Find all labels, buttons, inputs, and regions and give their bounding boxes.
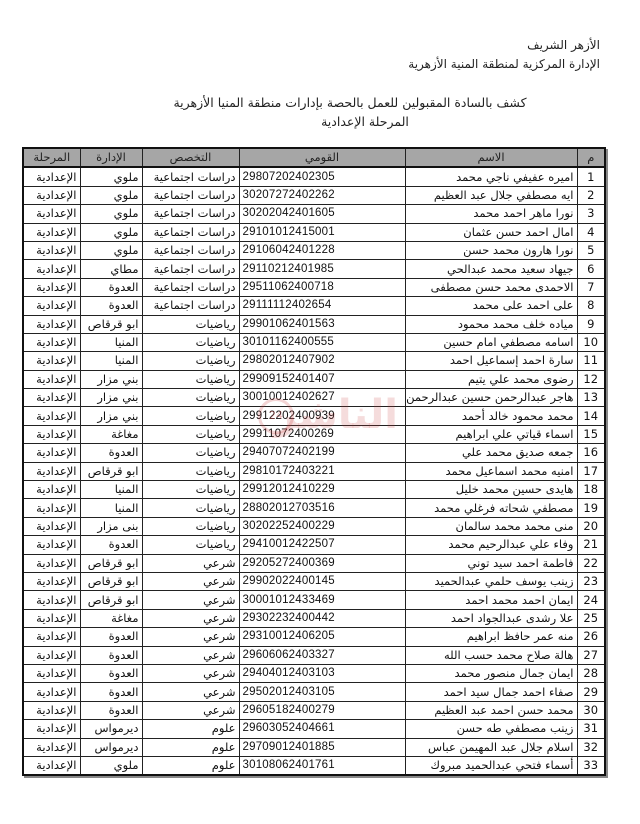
stage-cell: الإعدادية [23, 186, 80, 204]
specialization-cell: رياضيات [142, 315, 239, 333]
person-name-cell: اسامه مصطفي امام حسين [405, 333, 577, 351]
specialization-cell: دراسات اجتماعية [142, 167, 239, 186]
national-id-cell: 30101162400555 [239, 333, 405, 351]
org-name: الأزهر الشريف [527, 38, 600, 52]
table-row: 32اسلام جلال عبد المهيمن عباس29709012401… [23, 738, 605, 756]
national-id-cell: 29709012401885 [239, 738, 405, 756]
specialization-cell: رياضيات [142, 352, 239, 370]
person-name-cell: امال احمد حسن عثمان [405, 223, 577, 241]
table-row: 18هايدى حسين محمد خليل29912012410229رياض… [23, 481, 605, 499]
person-name-cell: محمد حسن احمد عبد العظيم [405, 701, 577, 719]
person-name-cell: ايمان جمال منصور محمد [405, 664, 577, 682]
person-name-cell: على احمد على محمد [405, 297, 577, 315]
specialization-cell: رياضيات [142, 333, 239, 351]
row-number-cell: 23 [577, 572, 605, 590]
national-id-cell: 30001012433469 [239, 591, 405, 609]
stage-cell: الإعدادية [23, 389, 80, 407]
row-number-cell: 30 [577, 701, 605, 719]
person-name-cell: فاطمة احمد سيد توني [405, 554, 577, 572]
specialization-cell: رياضيات [142, 536, 239, 554]
administration-cell: المنيا [80, 333, 142, 351]
row-number-cell: 2 [577, 186, 605, 204]
specialization-cell: شرعي [142, 664, 239, 682]
row-number-cell: 19 [577, 499, 605, 517]
administration-cell: ابو قرقاص [80, 315, 142, 333]
table-row: 9مياده خلف محمد محمود29901062401563رياضي… [23, 315, 605, 333]
table-row: 4امال احمد حسن عثمان29101012415001دراسات… [23, 223, 605, 241]
person-name-cell: اسماء قياتي علي ابراهيم [405, 425, 577, 443]
national-id-cell: 29605182400279 [239, 701, 405, 719]
table-row: 15اسماء قياتي علي ابراهيم29911072400269ر… [23, 425, 605, 443]
row-number-cell: 3 [577, 205, 605, 223]
administration-cell: ديرمواس [80, 720, 142, 738]
stage-cell: الإعدادية [23, 370, 80, 388]
table-row: 30محمد حسن احمد عبد العظيم29605182400279… [23, 701, 605, 719]
row-number-cell: 13 [577, 389, 605, 407]
national-id-cell: 29912202400939 [239, 407, 405, 425]
table-row: 11سارة احمد إسماعيل احمد29802012407902ري… [23, 352, 605, 370]
table-row: 27هالة صلاح محمد حسب الله29606062403327ش… [23, 646, 605, 664]
row-number-cell: 29 [577, 683, 605, 701]
administration-cell: بني مزار [80, 407, 142, 425]
specialization-cell: دراسات اجتماعية [142, 260, 239, 278]
table-row: 1اميره عفيفي ناجي محمد29807202402305دراس… [23, 167, 605, 186]
national-id-cell: 29310012406205 [239, 628, 405, 646]
stage-cell: الإعدادية [23, 297, 80, 315]
row-number-cell: 18 [577, 481, 605, 499]
administration-cell: العدوة [80, 701, 142, 719]
specialization-cell: رياضيات [142, 462, 239, 480]
col-header-name: الاسم [405, 148, 577, 167]
national-id-cell: 29810172403221 [239, 462, 405, 480]
row-number-cell: 16 [577, 444, 605, 462]
specialization-cell: شرعي [142, 554, 239, 572]
national-id-cell: 30207272402262 [239, 186, 405, 204]
administration-cell: العدوة [80, 646, 142, 664]
administration-cell: المنيا [80, 352, 142, 370]
stage-cell: الإعدادية [23, 683, 80, 701]
row-number-cell: 6 [577, 260, 605, 278]
table-header-row: م الاسم القومي التخصص الإدارة المرحلة [23, 148, 605, 167]
row-number-cell: 21 [577, 536, 605, 554]
stage-cell: الإعدادية [23, 536, 80, 554]
row-number-cell: 9 [577, 315, 605, 333]
administration-cell: ملوي [80, 756, 142, 775]
table-row: 22فاطمة احمد سيد توني29205272400369شرعيا… [23, 554, 605, 572]
national-id-cell: 29807202402305 [239, 167, 405, 186]
national-id-cell: 30202252400229 [239, 517, 405, 535]
table-row: 13هاجر عبدالرحمن حسين عبدالرحمن300100124… [23, 389, 605, 407]
stage-cell: الإعدادية [23, 241, 80, 259]
national-id-cell: 29111112402654 [239, 297, 405, 315]
specialization-cell: شرعي [142, 628, 239, 646]
col-header-number: م [577, 148, 605, 167]
specialization-cell: دراسات اجتماعية [142, 223, 239, 241]
org-department: الإدارة المركزية لمنطقة المنية الأزهرية [408, 57, 600, 71]
stage-cell: الإعدادية [23, 756, 80, 775]
row-number-cell: 8 [577, 297, 605, 315]
person-name-cell: محمد محمود خالد أحمد [405, 407, 577, 425]
administration-cell: ابو قرقاص [80, 572, 142, 590]
table-row: 10اسامه مصطفي امام حسين30101162400555ريا… [23, 333, 605, 351]
specialization-cell: شرعي [142, 572, 239, 590]
specialization-cell: دراسات اجتماعية [142, 186, 239, 204]
administration-cell: بني مزار [80, 389, 142, 407]
row-number-cell: 27 [577, 646, 605, 664]
national-id-cell: 30202042401605 [239, 205, 405, 223]
administration-cell: ملوي [80, 186, 142, 204]
national-id-cell: 29902022400145 [239, 572, 405, 590]
person-name-cell: صفاء احمد جمال سيد احمد [405, 683, 577, 701]
accepted-staff-table: م الاسم القومي التخصص الإدارة المرحلة 1ا… [22, 147, 606, 776]
national-id-cell: 29603052404661 [239, 720, 405, 738]
person-name-cell: وفاء علي عبدالرحيم محمد [405, 536, 577, 554]
person-name-cell: منى محمد محمد سالمان [405, 517, 577, 535]
table-row: 8على احمد على محمد29111112402654دراسات ا… [23, 297, 605, 315]
administration-cell: العدوة [80, 628, 142, 646]
person-name-cell: ايمان احمد محمد احمد [405, 591, 577, 609]
stage-cell: الإعدادية [23, 278, 80, 296]
national-id-cell: 29502012403105 [239, 683, 405, 701]
table-row: 28ايمان جمال منصور محمد29404012403103شرع… [23, 664, 605, 682]
administration-cell: العدوة [80, 278, 142, 296]
col-header-stage: المرحلة [23, 148, 80, 167]
row-number-cell: 25 [577, 609, 605, 627]
person-name-cell: هاجر عبدالرحمن حسين عبدالرحمن [405, 389, 577, 407]
person-name-cell: امنيه محمد اسماعيل محمد [405, 462, 577, 480]
administration-cell: بنى مزار [80, 517, 142, 535]
national-id-cell: 30010012402627 [239, 389, 405, 407]
document-subtitle: المرحلة الإعدادية [0, 114, 640, 129]
person-name-cell: علا رشدى عبدالجواد احمد [405, 609, 577, 627]
row-number-cell: 11 [577, 352, 605, 370]
specialization-cell: رياضيات [142, 499, 239, 517]
national-id-cell: 28802012703516 [239, 499, 405, 517]
national-id-cell: 29404012403103 [239, 664, 405, 682]
person-name-cell: اسلام جلال عبد المهيمن عباس [405, 738, 577, 756]
stage-cell: الإعدادية [23, 720, 80, 738]
table-row: 31زينب مصطفي طه حسن29603052404661علومدير… [23, 720, 605, 738]
table-row: 14محمد محمود خالد أحمد29912202400939رياض… [23, 407, 605, 425]
table-row: 29صفاء احمد جمال سيد احمد29502012403105ش… [23, 683, 605, 701]
table-body: 1اميره عفيفي ناجي محمد29807202402305دراس… [23, 167, 605, 775]
national-id-cell: 29410012422507 [239, 536, 405, 554]
row-number-cell: 12 [577, 370, 605, 388]
specialization-cell: دراسات اجتماعية [142, 241, 239, 259]
row-number-cell: 17 [577, 462, 605, 480]
national-id-cell: 29106042401228 [239, 241, 405, 259]
person-name-cell: هالة صلاح محمد حسب الله [405, 646, 577, 664]
table-row: 16جمعه صديق محمد علي29407072402199رياضيا… [23, 444, 605, 462]
stage-cell: الإعدادية [23, 352, 80, 370]
person-name-cell: منه عمر حافظ ابراهيم [405, 628, 577, 646]
administration-cell: المنيا [80, 499, 142, 517]
stage-cell: الإعدادية [23, 407, 80, 425]
person-name-cell: اميره عفيفي ناجي محمد [405, 167, 577, 186]
table-row: 3نورا ماهر احمد محمد30202042401605دراسات… [23, 205, 605, 223]
stage-cell: الإعدادية [23, 572, 80, 590]
stage-cell: الإعدادية [23, 701, 80, 719]
person-name-cell: مياده خلف محمد محمود [405, 315, 577, 333]
row-number-cell: 22 [577, 554, 605, 572]
stage-cell: الإعدادية [23, 646, 80, 664]
stage-cell: الإعدادية [23, 462, 80, 480]
stage-cell: الإعدادية [23, 628, 80, 646]
stage-cell: الإعدادية [23, 260, 80, 278]
national-id-cell: 29901062401563 [239, 315, 405, 333]
row-number-cell: 4 [577, 223, 605, 241]
row-number-cell: 31 [577, 720, 605, 738]
person-name-cell: نورا ماهر احمد محمد [405, 205, 577, 223]
stage-cell: الإعدادية [23, 444, 80, 462]
administration-cell: ابو قرقاص [80, 462, 142, 480]
col-header-specialization: التخصص [142, 148, 239, 167]
specialization-cell: رياضيات [142, 444, 239, 462]
table-row: 7الاحمدى محمد حسن مصطفى29511062400718درا… [23, 278, 605, 296]
specialization-cell: رياضيات [142, 517, 239, 535]
row-number-cell: 7 [577, 278, 605, 296]
administration-cell: العدوة [80, 683, 142, 701]
specialization-cell: رياضيات [142, 481, 239, 499]
stage-cell: الإعدادية [23, 738, 80, 756]
table-row: 6جيهاد سعيد محمد عبدالحي29110212401985در… [23, 260, 605, 278]
row-number-cell: 24 [577, 591, 605, 609]
national-id-cell: 29407072402199 [239, 444, 405, 462]
national-id-cell: 29912012410229 [239, 481, 405, 499]
person-name-cell: نورا هارون محمد حسن [405, 241, 577, 259]
person-name-cell: زينب مصطفي طه حسن [405, 720, 577, 738]
stage-cell: الإعدادية [23, 609, 80, 627]
stage-cell: الإعدادية [23, 517, 80, 535]
national-id-cell: 29911072400269 [239, 425, 405, 443]
specialization-cell: دراسات اجتماعية [142, 205, 239, 223]
stage-cell: الإعدادية [23, 664, 80, 682]
table-row: 5نورا هارون محمد حسن29106042401228دراسات… [23, 241, 605, 259]
administration-cell: مغاغة [80, 425, 142, 443]
person-name-cell: رضوى محمد علي يتيم [405, 370, 577, 388]
national-id-cell: 29909152401407 [239, 370, 405, 388]
specialization-cell: شرعي [142, 646, 239, 664]
col-header-national-id: القومي [239, 148, 405, 167]
specialization-cell: علوم [142, 738, 239, 756]
row-number-cell: 14 [577, 407, 605, 425]
person-name-cell: سارة احمد إسماعيل احمد [405, 352, 577, 370]
person-name-cell: الاحمدى محمد حسن مصطفى [405, 278, 577, 296]
table-row: 12رضوى محمد علي يتيم29909152401407رياضيا… [23, 370, 605, 388]
table-row: 25علا رشدى عبدالجواد احمد29302232400442ش… [23, 609, 605, 627]
specialization-cell: شرعي [142, 683, 239, 701]
national-id-cell: 29110212401985 [239, 260, 405, 278]
row-number-cell: 5 [577, 241, 605, 259]
administration-cell: العدوة [80, 536, 142, 554]
administration-cell: بني مزار [80, 370, 142, 388]
stage-cell: الإعدادية [23, 167, 80, 186]
stage-cell: الإعدادية [23, 425, 80, 443]
specialization-cell: رياضيات [142, 407, 239, 425]
stage-cell: الإعدادية [23, 315, 80, 333]
stage-cell: الإعدادية [23, 205, 80, 223]
table-row: 33أسماء فتحي عبدالحميد مبروك301080624017… [23, 756, 605, 775]
specialization-cell: علوم [142, 720, 239, 738]
national-id-cell: 29302232400442 [239, 609, 405, 627]
administration-cell: ملوي [80, 241, 142, 259]
stage-cell: الإعدادية [23, 554, 80, 572]
row-number-cell: 15 [577, 425, 605, 443]
row-number-cell: 26 [577, 628, 605, 646]
national-id-cell: 30108062401761 [239, 756, 405, 775]
national-id-cell: 29606062403327 [239, 646, 405, 664]
table-row: 21وفاء علي عبدالرحيم محمد29410012422507ر… [23, 536, 605, 554]
stage-cell: الإعدادية [23, 499, 80, 517]
row-number-cell: 32 [577, 738, 605, 756]
national-id-cell: 29101012415001 [239, 223, 405, 241]
administration-cell: ملوي [80, 167, 142, 186]
person-name-cell: هايدى حسين محمد خليل [405, 481, 577, 499]
administration-cell: مطاي [80, 260, 142, 278]
col-header-administration: الإدارة [80, 148, 142, 167]
specialization-cell: رياضيات [142, 370, 239, 388]
person-name-cell: أسماء فتحي عبدالحميد مبروك [405, 756, 577, 775]
table-row: 20منى محمد محمد سالمان30202252400229رياض… [23, 517, 605, 535]
row-number-cell: 10 [577, 333, 605, 351]
specialization-cell: علوم [142, 756, 239, 775]
specialization-cell: رياضيات [142, 425, 239, 443]
row-number-cell: 28 [577, 664, 605, 682]
stage-cell: الإعدادية [23, 481, 80, 499]
row-number-cell: 1 [577, 167, 605, 186]
person-name-cell: جيهاد سعيد محمد عبدالحي [405, 260, 577, 278]
administration-cell: ابو قرقاص [80, 591, 142, 609]
stage-cell: الإعدادية [23, 223, 80, 241]
table-row: 26منه عمر حافظ ابراهيم29310012406205شرعي… [23, 628, 605, 646]
person-name-cell: جمعه صديق محمد علي [405, 444, 577, 462]
national-id-cell: 29205272400369 [239, 554, 405, 572]
table-row: 17امنيه محمد اسماعيل محمد29810172403221ر… [23, 462, 605, 480]
administration-cell: المنيا [80, 481, 142, 499]
person-name-cell: ايه مصطفي جلال عبد العظيم [405, 186, 577, 204]
document-title: كشف بالسادة المقبولين للعمل بالحصة بإدار… [0, 95, 640, 110]
administration-cell: ملوي [80, 205, 142, 223]
stage-cell: الإعدادية [23, 333, 80, 351]
administration-cell: ملوي [80, 223, 142, 241]
table-row: 23زينب يوسف حلمي عبدالحميد29902022400145… [23, 572, 605, 590]
administration-cell: العدوة [80, 297, 142, 315]
administration-cell: العدوة [80, 444, 142, 462]
administration-cell: ديرمواس [80, 738, 142, 756]
specialization-cell: دراسات اجتماعية [142, 278, 239, 296]
administration-cell: مغاغة [80, 609, 142, 627]
table-row: 19مصطفي شحاته فرغلي محمد28802012703516ري… [23, 499, 605, 517]
stage-cell: الإعدادية [23, 591, 80, 609]
table-row: 2ايه مصطفي جلال عبد العظيم30207272402262… [23, 186, 605, 204]
national-id-cell: 29511062400718 [239, 278, 405, 296]
national-id-cell: 29802012407902 [239, 352, 405, 370]
specialization-cell: دراسات اجتماعية [142, 297, 239, 315]
specialization-cell: شرعي [142, 591, 239, 609]
specialization-cell: رياضيات [142, 389, 239, 407]
row-number-cell: 33 [577, 756, 605, 775]
person-name-cell: زينب يوسف حلمي عبدالحميد [405, 572, 577, 590]
administration-cell: العدوة [80, 664, 142, 682]
specialization-cell: شرعي [142, 609, 239, 627]
table-row: 24ايمان احمد محمد احمد30001012433469شرعي… [23, 591, 605, 609]
specialization-cell: شرعي [142, 701, 239, 719]
administration-cell: ابو قرقاص [80, 554, 142, 572]
person-name-cell: مصطفي شحاته فرغلي محمد [405, 499, 577, 517]
row-number-cell: 20 [577, 517, 605, 535]
